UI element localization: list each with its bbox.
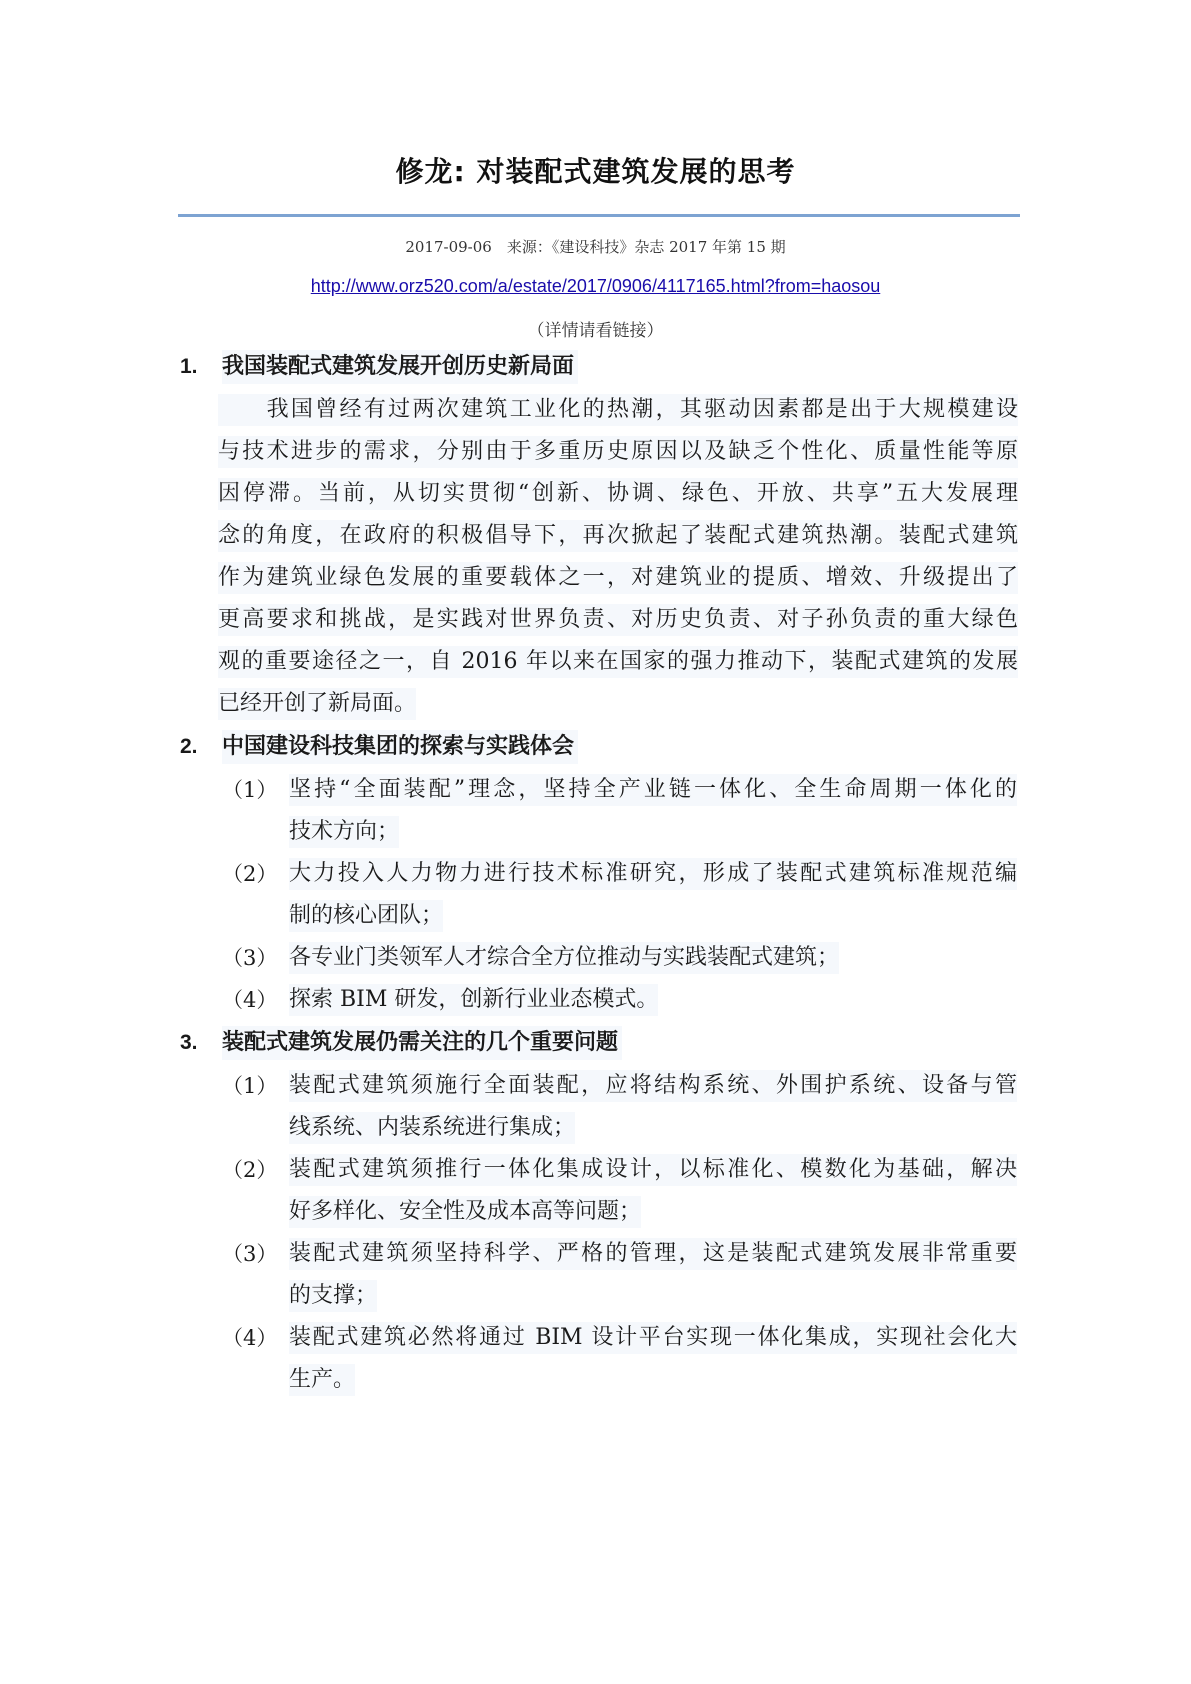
item-number: （2） — [222, 1154, 277, 1186]
list-item-line: 探索 BIM 研发，创新行业业态模式。 — [289, 984, 658, 1016]
list-item-line: 好多样化、安全性及成本高等问题； — [289, 1196, 641, 1228]
paragraph-line: 已经开创了新局面。 — [218, 688, 416, 720]
list-item-line: 各专业门类领军人才综合全方位推动与实践装配式建筑； — [289, 942, 839, 974]
paragraph-line: 念的角度，在政府的积极倡导下，再次掀起了装配式建筑热潮。装配式建筑 — [218, 520, 1018, 552]
paragraph-line: 与技术进步的需求，分别由于多重历史原因以及缺乏个性化、质量性能等原 — [218, 436, 1018, 468]
list-item-line: 技术方向； — [289, 816, 399, 848]
list-item-line: 制的核心团队； — [289, 900, 443, 932]
section-number: 1. — [180, 350, 198, 384]
item-number: （1） — [222, 1070, 277, 1102]
list-item-line: 的支撑； — [289, 1280, 377, 1312]
link-note: （详情请看链接） — [0, 316, 1191, 341]
source-meta: 2017-09-06 来源：《建设科技》杂志 2017 年第 15 期 — [0, 236, 1191, 257]
list-item-line: 坚持“全面装配”理念，坚持全产业链一体化、全生命周期一体化的 — [289, 774, 1017, 806]
list-item-line: 装配式建筑必然将通过 BIM 设计平台实现一体化集成，实现社会化大 — [289, 1322, 1017, 1354]
paragraph-line: 观的重要途径之一，自 2016 年以来在国家的强力推动下，装配式建筑的发展 — [218, 646, 1018, 678]
item-number: （3） — [222, 1238, 277, 1270]
list-item-line: 装配式建筑须施行全面装配，应将结构系统、外围护系统、设备与管 — [289, 1070, 1017, 1102]
document-title: 修龙: 对装配式建筑发展的思考 — [0, 150, 1191, 190]
item-number: （4） — [222, 984, 277, 1016]
paragraph-line: 因停滞。当前，从切实贯彻“创新、协调、绿色、开放、共享”五大发展理 — [218, 478, 1018, 510]
list-item-line: 大力投入人力物力进行技术标准研究，形成了装配式建筑标准规范编 — [289, 858, 1017, 890]
section-number: 2. — [180, 730, 198, 764]
section-title: 中国建设科技集团的探索与实践体会 — [222, 730, 578, 764]
section-title: 装配式建筑发展仍需关注的几个重要问题 — [222, 1026, 622, 1060]
item-number: （1） — [222, 774, 277, 806]
item-number: （3） — [222, 942, 277, 974]
list-item-line: 生产。 — [289, 1364, 355, 1396]
section-number: 3. — [180, 1026, 198, 1060]
section-title: 我国装配式建筑发展开创历史新局面 — [222, 350, 578, 384]
item-number: （4） — [222, 1322, 277, 1354]
list-item-line: 装配式建筑须推行一体化集成设计，以标准化、模数化为基础，解决 — [289, 1154, 1017, 1186]
list-item-line: 线系统、内装系统进行集成； — [289, 1112, 575, 1144]
paragraph-line: 更高要求和挑战，是实践对世界负责、对历史负责、对子孙负责的重大绿色 — [218, 604, 1018, 636]
item-number: （2） — [222, 858, 277, 890]
source-link[interactable]: http://www.orz520.com/a/estate/2017/0906… — [311, 276, 881, 296]
paragraph-line: 我国曾经有过两次建筑工业化的热潮，其驱动因素都是出于大规模建设 — [218, 394, 1018, 426]
list-item-line: 装配式建筑须坚持科学、严格的管理，这是装配式建筑发展非常重要 — [289, 1238, 1017, 1270]
source-link-row: http://www.orz520.com/a/estate/2017/0906… — [0, 276, 1191, 297]
paragraph-line: 作为建筑业绿色发展的重要载体之一，对建筑业的提质、增效、升级提出了 — [218, 562, 1018, 594]
title-divider — [178, 214, 1020, 217]
